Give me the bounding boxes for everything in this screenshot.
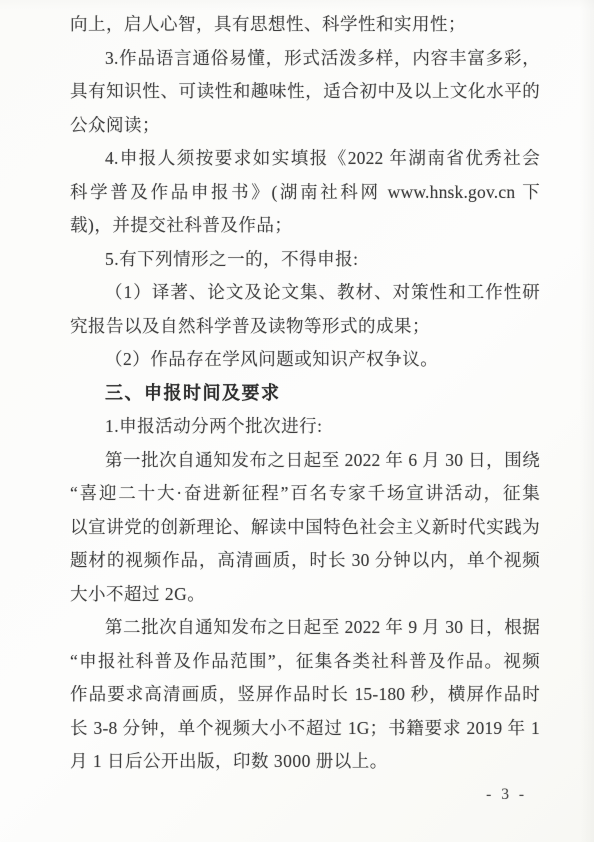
text-line: 长 3-8 分钟，单个视频大小不超过 1G；书籍要求 2019 年 1 [70,712,540,746]
text-line: 5.有下列情形之一的，不得申报: [70,243,540,277]
text-line: 题材的视频作品，高清画质，时长 30 分钟以内，单个视频 [70,544,540,578]
text-line: 作品要求高清画质，竖屏作品时长 15-180 秒，横屏作品时 [70,678,540,712]
text-line: 科学普及作品申报书》(湖南社科网 www.hnsk.gov.cn 下 [70,176,540,210]
text-line: 具有知识性、可读性和趣味性，适合初中及以上文化水平的 [70,75,540,109]
text-line: （1）译著、论文及论文集、教材、对策性和工作性研 [70,276,540,310]
text-line: “喜迎二十大·奋进新征程”百名专家千场宣讲活动，征集 [70,477,540,511]
text-line: 第一批次自通知发布之日起至 2022 年 6 月 30 日，围绕 [70,444,540,478]
text-line: 向上，启人心智，具有思想性、科学性和实用性； [70,8,540,42]
text-line: 1.申报活动分两个批次进行: [70,410,540,444]
text-line: 大小不超过 2G。 [70,578,540,612]
document-body: 向上，启人心智，具有思想性、科学性和实用性；3.作品语言通俗易懂，形式活泼多样，… [70,8,540,779]
text-line: 以宣讲党的创新理论、解读中国特色社会主义新时代实践为 [70,511,540,545]
text-line: 4.申报人须按要求如实填报《2022 年湖南省优秀社会 [70,142,540,176]
text-line: 月 1 日后公开出版，印数 3000 册以上。 [70,745,540,779]
text-line: 3.作品语言通俗易懂，形式活泼多样，内容丰富多彩， [70,42,540,76]
text-line: 载)，并提交社科普及作品； [70,209,540,243]
section-heading: 三、申报时间及要求 [70,377,540,411]
scanned-document-page: 向上，启人心智，具有思想性、科学性和实用性；3.作品语言通俗易懂，形式活泼多样，… [0,0,594,842]
text-line: 第二批次自通知发布之日起至 2022 年 9 月 30 日，根据 [70,611,540,645]
text-line: 究报告以及自然科学普及读物等形式的成果； [70,310,540,344]
text-line: （2）作品存在学风问题或知识产权争议。 [70,343,540,377]
page-number: - 3 - [70,778,540,811]
text-line: “申报社科普及作品范围”，征集各类社科普及作品。视频 [70,645,540,679]
text-line: 公众阅读； [70,109,540,143]
